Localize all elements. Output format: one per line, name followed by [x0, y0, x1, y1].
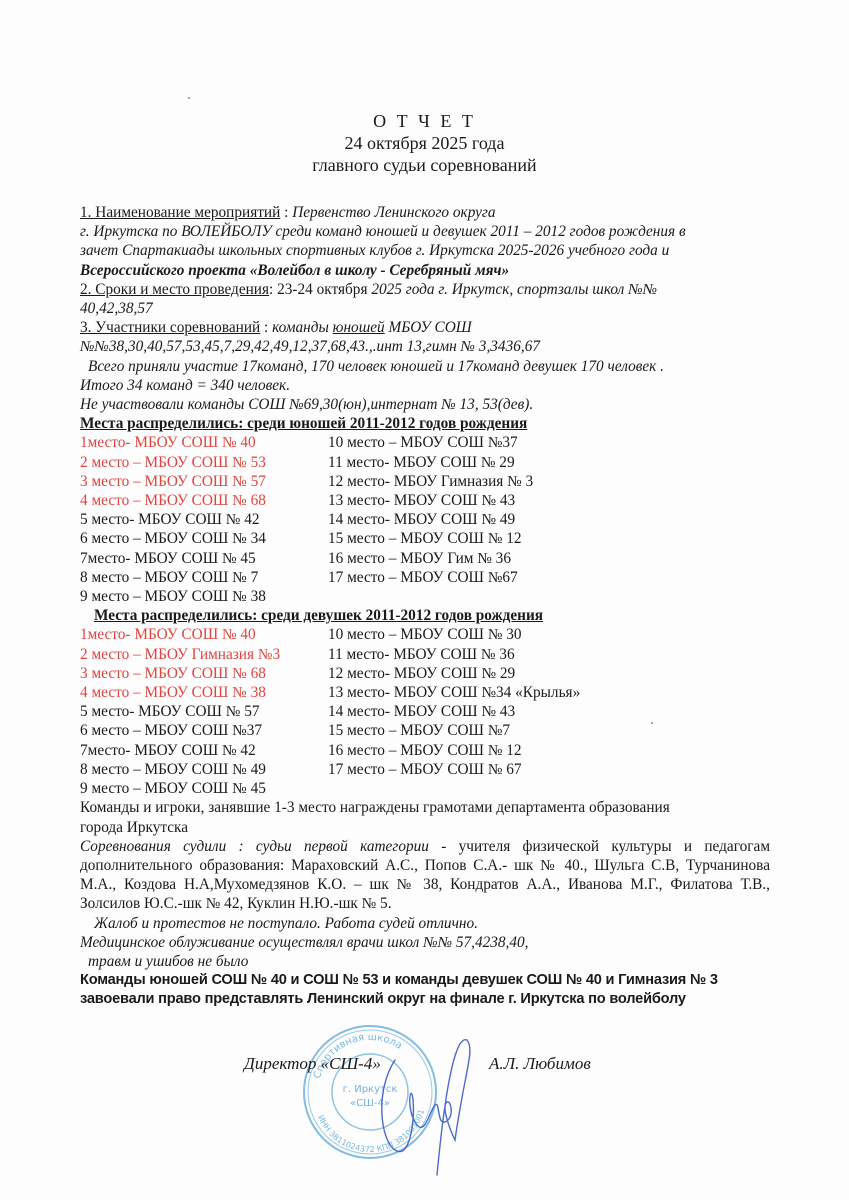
girls-standings-heading: Места распределились: среди девушек 2011…: [80, 606, 780, 625]
report-body: 1. Наименование мероприятий : Первенство…: [80, 203, 780, 1009]
section-1-line: 1. Наименование мероприятий : Первенство…: [80, 203, 780, 222]
boys-place-right: 10 место – МБОУ СОШ №37: [328, 433, 780, 452]
boys-place-left: 5 место- МБОУ СОШ № 42: [80, 510, 328, 529]
boys-place-right: 15 место – МБОУ СОШ № 12: [328, 529, 780, 548]
boys-place-right: 14 место- МБОУ СОШ № 49: [328, 510, 780, 529]
section-3-line: 3. Участники соревнований : команды юнош…: [80, 318, 780, 337]
boys-place-right: 13 место- МБОУ СОШ № 43: [328, 491, 780, 510]
separator: :: [280, 204, 292, 221]
girls-place-right: 14 место- МБОУ СОШ № 43: [328, 702, 780, 721]
girls-place-right: 10 место – МБОУ СОШ № 30: [328, 625, 780, 644]
girls-place-right: 13 место- МБОУ СОШ №34 «Крылья»: [328, 683, 780, 702]
girls-place-left: 7место- МБОУ СОШ № 42: [80, 741, 328, 760]
girls-place-right: 11 место- МБОУ СОШ № 36: [328, 645, 780, 664]
boys-place-left: 3 место – МБОУ СОШ № 57: [80, 472, 328, 491]
boys-place-left: 7место- МБОУ СОШ № 45: [80, 549, 328, 568]
teams-suffix: МБОУ СОШ: [385, 319, 472, 336]
participants-total: Всего приняли участие 17команд, 170 чело…: [80, 357, 780, 376]
boys-place-right: 11 место- МБОУ СОШ № 29: [328, 453, 780, 472]
teams-prefix: команды: [272, 319, 333, 336]
judges-intro: Соревнования судили : судьи первой катег…: [80, 838, 429, 855]
boys-place-left: 8 место – МБОУ СОШ № 7: [80, 568, 328, 587]
signature-name: А.Л. Любимов: [489, 1054, 591, 1074]
injuries-note: травм и ушибов не было: [80, 952, 780, 971]
girls-place-right: 15 место – МБОУ СОШ №7: [328, 721, 780, 740]
boys-place-right: 17 место – МБОУ СОШ №67: [328, 568, 780, 587]
boys-place-right: 16 место – МБОУ Гим № 36: [328, 549, 780, 568]
separator: :: [260, 319, 272, 336]
girls-place-left: 9 место – МБОУ СОШ № 45: [80, 779, 328, 798]
girls-place-right: 12 место- МБОУ СОШ № 29: [328, 664, 780, 683]
complaints-note: Жалоб и протестов не поступало. Работа с…: [80, 914, 780, 933]
report-date: 24 октября 2025 года: [0, 133, 849, 154]
event-description-2: зачет Спартакиады школьных спортивных кл…: [80, 241, 780, 260]
boys-place-left: 9 место – МБОУ СОШ № 38: [80, 587, 328, 606]
scan-speck: [188, 97, 190, 99]
judges-paragraph: Соревнования судили : судьи первой катег…: [80, 837, 770, 914]
medical-note: Медицинское облуживание осуществлял врач…: [80, 933, 780, 952]
girls-place-left: 6 место – МБОУ СОШ №37: [80, 721, 328, 740]
awards-line: Команды и игроки, занявшие 1-3 место наг…: [80, 798, 780, 817]
section-2-label: 2. Сроки и место проведения: [80, 281, 269, 298]
boys-place-left: 1место- МБОУ СОШ № 40: [80, 433, 328, 452]
boys-place-left: 6 место – МБОУ СОШ № 34: [80, 529, 328, 548]
boys-place-right: [328, 587, 780, 606]
girls-place-left: 3 место – МБОУ СОШ № 68: [80, 664, 328, 683]
girls-place-left: 5 место- МБОУ СОШ № 57: [80, 702, 328, 721]
event-description: г. Иркутска по ВОЛЕЙБОЛУ среди команд юн…: [80, 222, 780, 241]
teams-word: юношей: [333, 319, 385, 336]
section-1-label: 1. Наименование мероприятий: [80, 204, 280, 221]
girls-place-left: 8 место – МБОУ СОШ № 49: [80, 760, 328, 779]
girls-place-left: 4 место – МБОУ СОШ № 38: [80, 683, 328, 702]
girls-place-right: 17 место – МБОУ СОШ № 67: [328, 760, 780, 779]
girls-place-left: 1место- МБОУ СОШ № 40: [80, 625, 328, 644]
separator: :: [269, 281, 277, 298]
boys-standings-table: 1место- МБОУ СОШ № 4010 место – МБОУ СОШ…: [80, 433, 780, 606]
signature-block: Директор «СШ-4» А.Л. Любимов: [244, 1054, 381, 1074]
boys-standings-heading: Места распределились: среди юношей 2011-…: [80, 414, 780, 433]
girls-place-left: 2 место – МБОУ Гимназия №3: [80, 645, 328, 664]
girls-standings-table: 1место- МБОУ СОШ № 4010 место – МБОУ СОШ…: [80, 625, 780, 798]
scan-speck: [651, 722, 653, 724]
report-subtitle: главного судьи соревнований: [0, 155, 849, 176]
awards-line-2: города Иркутска: [80, 818, 780, 837]
boys-place-right: 12 место- МБОУ Гимназия № 3: [328, 472, 780, 491]
signature-icon: [355, 1030, 485, 1180]
event-name: Первенство Ленинского округа: [292, 204, 495, 221]
event-project: Всероссийского проекта «Волейбол в школу…: [80, 261, 780, 280]
boys-place-left: 2 место – МБОУ СОШ № 53: [80, 453, 328, 472]
event-venue-schools: 40,42,38,57: [80, 299, 780, 318]
participants-sum: Итого 34 команд = 340 человек.: [80, 376, 780, 395]
absent-teams: Не участвовали команды СОШ №69,30(юн),ин…: [80, 395, 780, 414]
girls-place-right: 16 место – МБОУ СОШ № 12: [328, 741, 780, 760]
report-title: О Т Ч Е Т: [0, 111, 849, 132]
section-2-line: 2. Сроки и место проведения: 23-24 октяб…: [80, 280, 780, 299]
girls-place-right: [328, 779, 780, 798]
signature-position: Директор «СШ-4»: [244, 1054, 381, 1073]
document-page: О Т Ч Е Т 24 октября 2025 года главного …: [0, 0, 849, 1200]
participants-list: №№38,30,40,57,53,45,7,29,42,49,12,37,68,…: [80, 337, 780, 356]
event-dates: 23-24 октября: [277, 281, 371, 298]
final-conclusion-2: завоевали право представлять Ленинский о…: [80, 990, 780, 1009]
event-venue: 2025 года г. Иркутск, спортзалы школ №№: [371, 281, 657, 298]
section-3-label: 3. Участники соревнований: [80, 319, 260, 336]
boys-place-left: 4 место – МБОУ СОШ № 68: [80, 491, 328, 510]
final-conclusion-1: Команды юношей СОШ № 40 и СОШ № 53 и ком…: [80, 971, 780, 990]
